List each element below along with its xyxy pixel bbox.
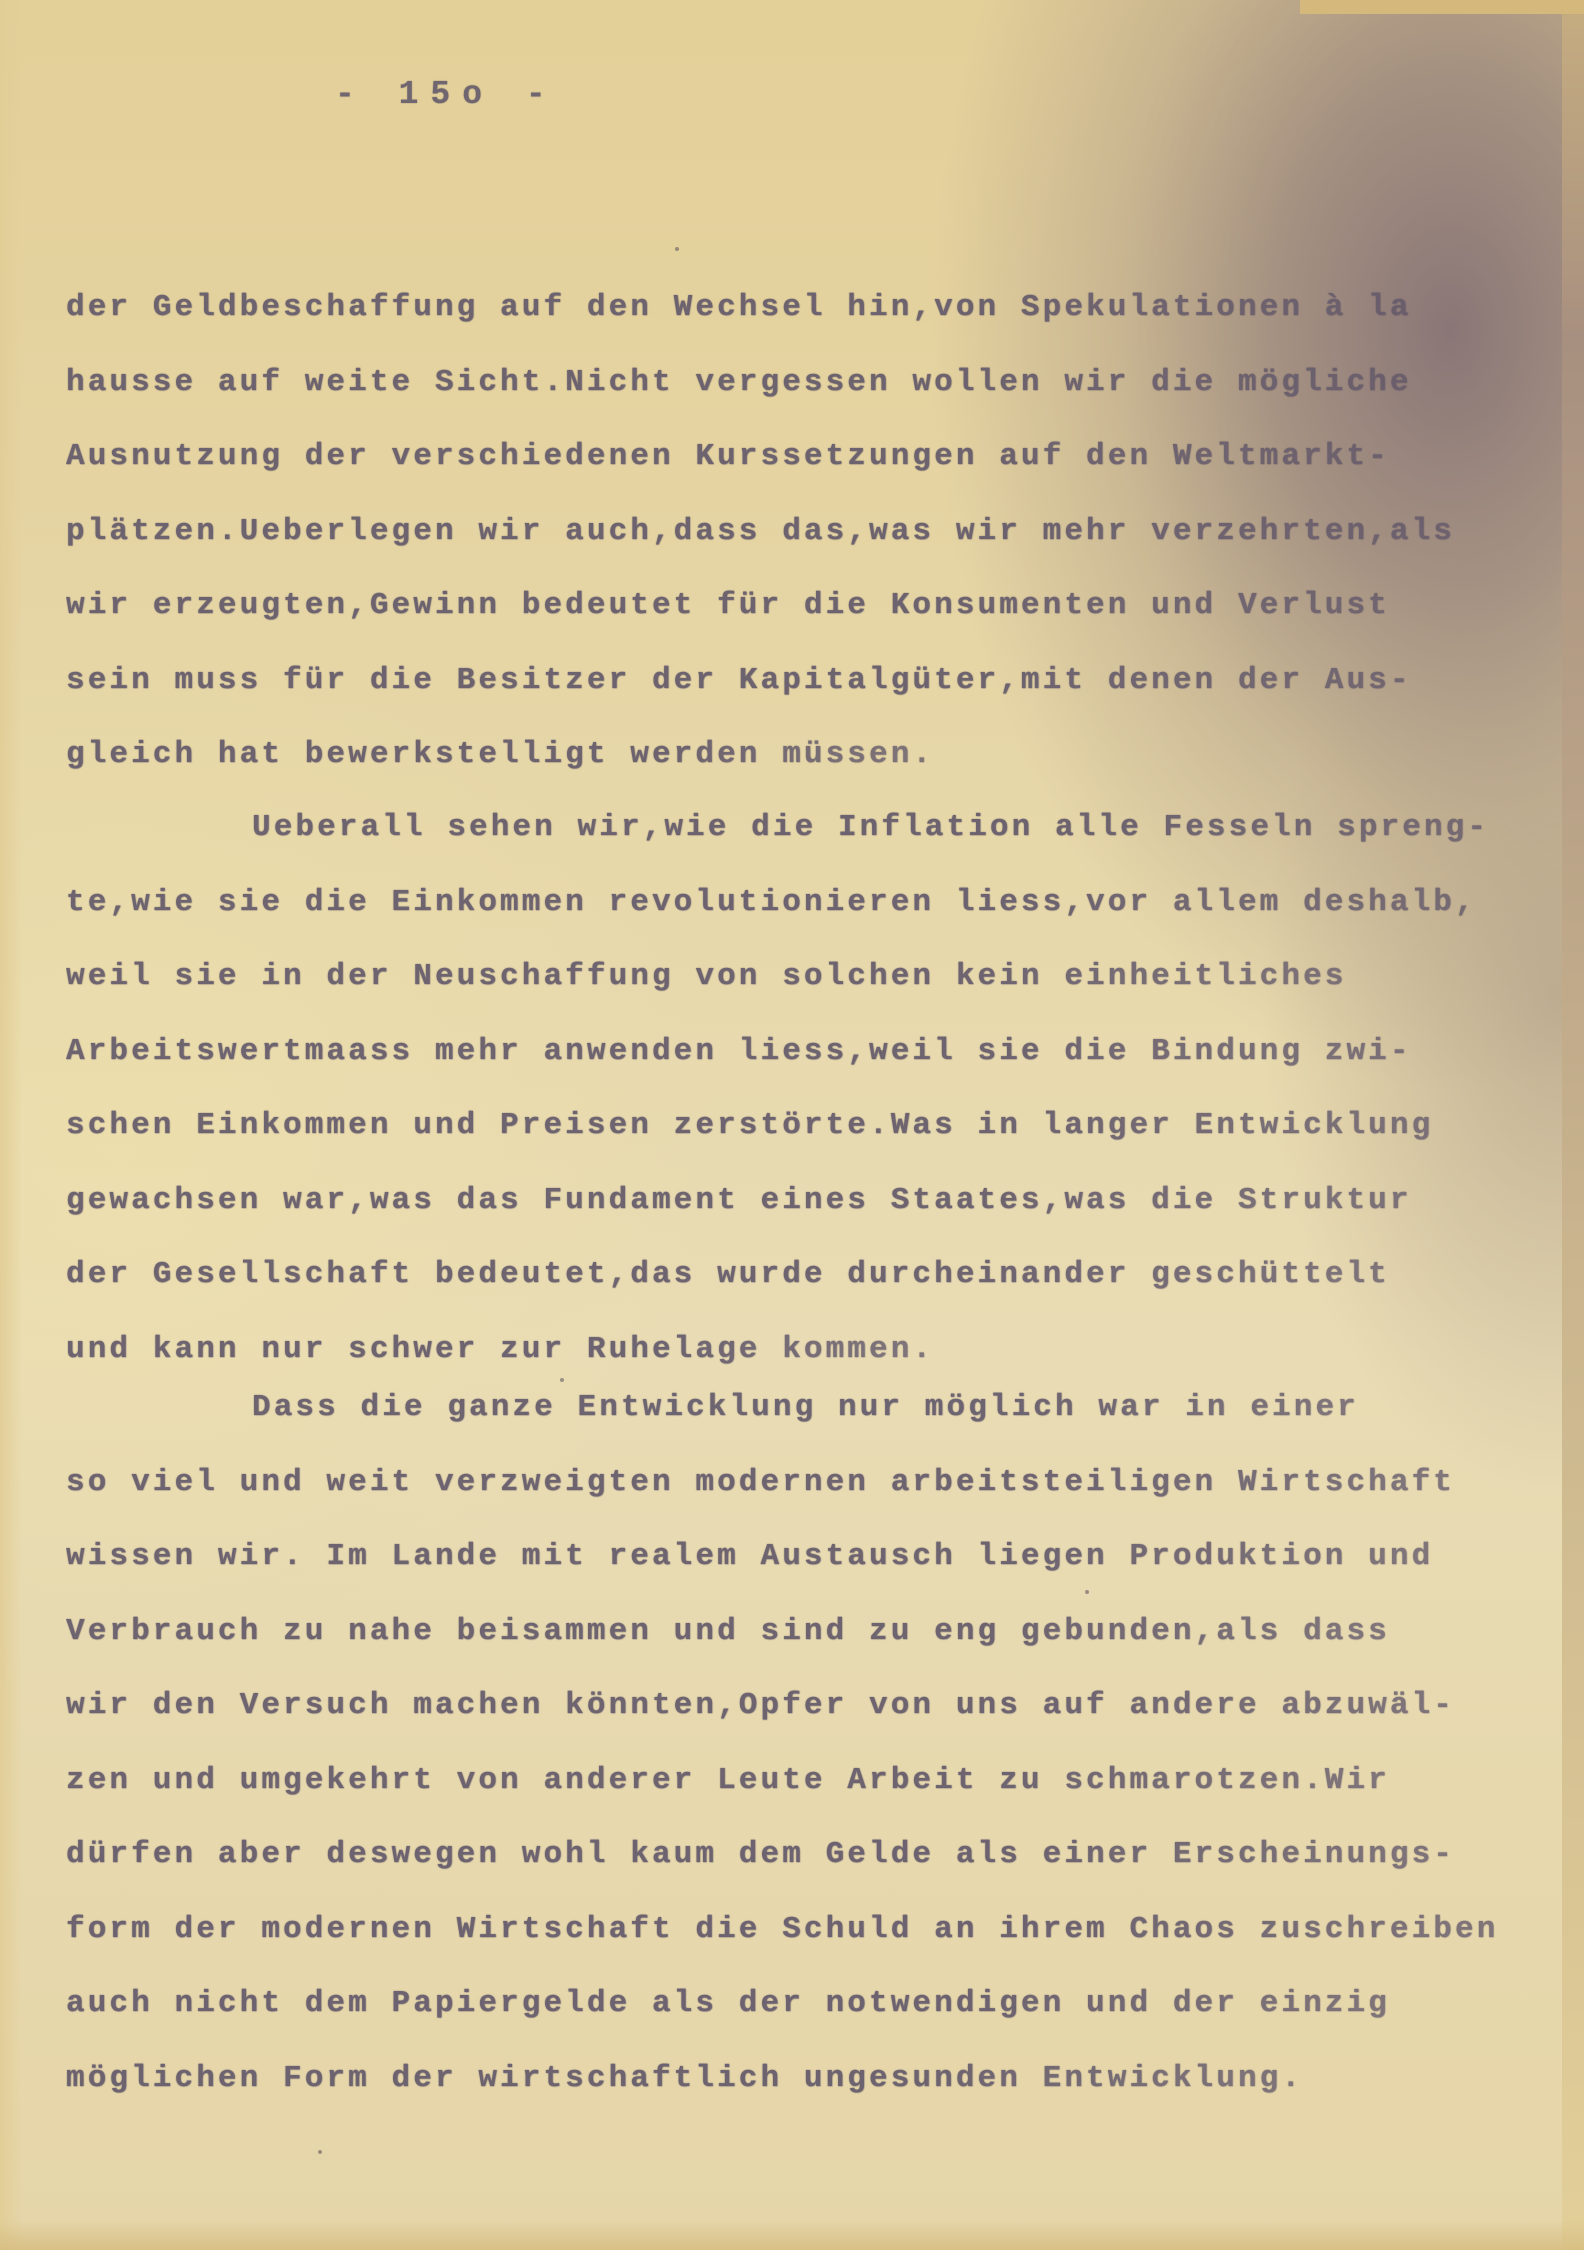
text-line: dürfen aber deswegen wohl kaum dem Gelde… <box>66 1837 1455 1872</box>
text-line: wissen wir. Im Lande mit realem Austausc… <box>66 1539 1433 1574</box>
paper-edge-top <box>1300 0 1584 14</box>
text-line: sein muss für die Besitzer der Kapitalgü… <box>66 663 1412 698</box>
text-line: der Gesellschaft bedeutet,das wurde durc… <box>66 1257 1390 1292</box>
text-line: der Geldbeschaffung auf den Wechsel hin,… <box>66 290 1412 325</box>
text-line: und kann nur schwer zur Ruhelage kommen. <box>66 1332 934 1367</box>
text-line: gleich hat bewerkstelligt werden müssen. <box>66 737 934 772</box>
ink-speck <box>318 2150 322 2154</box>
text-line: Arbeitswertmaass mehr anwenden liess,wei… <box>66 1034 1412 1069</box>
text-line: weil sie in der Neuschaffung von solchen… <box>66 959 1346 994</box>
paper-edge-left <box>0 0 22 2250</box>
scanned-page: - 15o - der Geldbeschaffung auf den Wech… <box>0 0 1584 2250</box>
text-line: plätzen.Ueberlegen wir auch,dass das,was… <box>66 514 1455 549</box>
text-line: möglichen Form der wirtschaftlich ungesu… <box>66 2061 1303 2096</box>
paper-edge-bottom <box>0 2220 1584 2250</box>
text-line: zen und umgekehrt von anderer Leute Arbe… <box>66 1763 1390 1798</box>
text-line: wir den Versuch machen könnten,Opfer von… <box>66 1688 1455 1723</box>
text-line: schen Einkommen und Preisen zerstörte.Wa… <box>66 1108 1433 1143</box>
page-number: - 15o - <box>335 76 558 113</box>
ink-speck <box>560 1378 564 1382</box>
text-line: hausse auf weite Sicht.Nicht vergessen w… <box>66 365 1412 400</box>
text-line: gewachsen war,was das Fundament eines St… <box>66 1183 1412 1218</box>
ink-speck <box>675 247 679 251</box>
text-line: Ueberall sehen wir,wie die Inflation all… <box>252 810 1489 845</box>
text-line: auch nicht dem Papiergelde als der notwe… <box>66 1986 1390 2021</box>
text-line: wir erzeugten,Gewinn bedeutet für die Ko… <box>66 588 1390 623</box>
text-line: Ausnutzung der verschiedenen Kurssetzung… <box>66 439 1390 474</box>
ink-speck <box>1085 1590 1089 1594</box>
text-line: te,wie sie die Einkommen revolutionieren… <box>66 885 1477 920</box>
text-line: so viel und weit verzweigten modernen ar… <box>66 1465 1455 1500</box>
paper-edge-right <box>1562 0 1584 2250</box>
text-line: form der modernen Wirtschaft die Schuld … <box>66 1912 1498 1947</box>
ink-speck <box>880 1050 884 1054</box>
text-line: Verbrauch zu nahe beisammen und sind zu … <box>66 1614 1390 1649</box>
text-line: Dass die ganze Entwicklung nur möglich w… <box>252 1390 1359 1425</box>
